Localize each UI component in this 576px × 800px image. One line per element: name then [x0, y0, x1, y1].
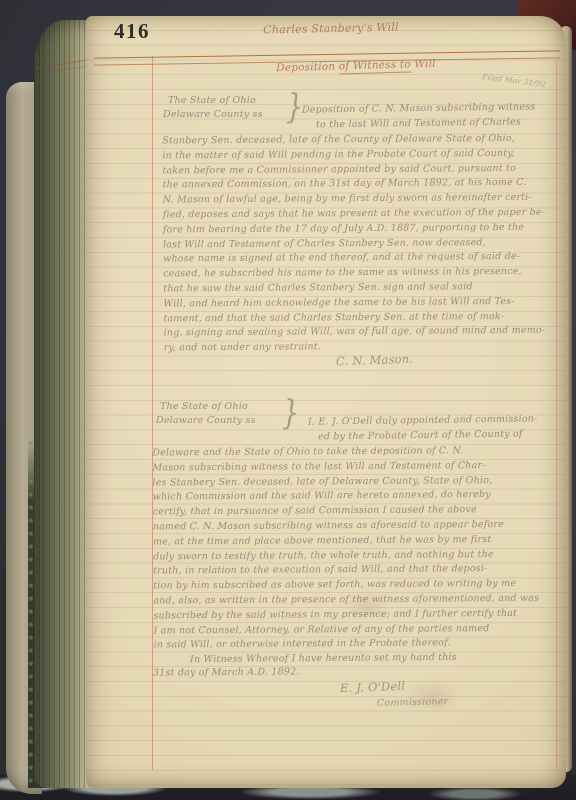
subheader-underlined: of Witness to — [339, 58, 411, 74]
handwritten-line: ed by the Probate Court of the County of — [318, 429, 523, 443]
handwritten-line: Deposition of C. N. Mason subscribing wi… — [302, 101, 536, 115]
handwritten-line: I, E. J. O'Dell duly appointed and commi… — [308, 413, 538, 427]
attestation-date-line: 31st day of March A.D. 1892. — [153, 666, 300, 678]
attestation-line: In Witness Whereof I have hereunto set m… — [190, 652, 457, 665]
section2-paragraph: Delaware and the State of Ohio to take t… — [152, 444, 567, 654]
handwritten-line: ing, signing and sealing said Will, was … — [164, 324, 570, 342]
section1-paragraph: Stanbery Sen. deceased, late of the Coun… — [162, 132, 570, 357]
subheader-pre: Deposition — [276, 60, 339, 74]
handwritten-line: in said Will, or otherwise interested in… — [154, 636, 568, 654]
filed-annotation: Filed Mar 31/92 — [482, 72, 547, 89]
handwritten-line: to the last Will and Testament of Charle… — [316, 117, 521, 131]
section2-caption-brace: } — [282, 394, 299, 433]
section2-caption-county: Delaware County ss — [156, 415, 256, 426]
subheader-post: Will — [411, 58, 436, 71]
handwritten-line: subscribed by the said witness in my pre… — [153, 606, 567, 624]
page-number: 416 — [114, 19, 150, 44]
handwritten-line: fore him bearing date the 17 day of July… — [163, 220, 569, 238]
commissioner-title: Commissioner — [377, 696, 448, 709]
section2-caption-state: The State of Ohio — [160, 401, 248, 412]
section1-caption-county: Delaware County ss — [163, 109, 263, 120]
section1-caption-state: The State of Ohio — [168, 95, 256, 106]
commissioner-signature: E. J. O'Dell — [340, 679, 406, 695]
witness-signature: C. N. Mason. — [336, 352, 414, 369]
page-header-title: Charles Stanbery's Will — [206, 19, 456, 37]
left-margin-line — [152, 56, 153, 770]
ledger-page: 416 Charles Stanbery's Will Deposition o… — [86, 16, 566, 788]
section1-caption-brace: } — [286, 88, 303, 127]
handwritten-line: ceased, he subscribed his name to the sa… — [163, 265, 569, 283]
handwritten-line: Will, and heard him acknowledge the same… — [163, 294, 569, 312]
